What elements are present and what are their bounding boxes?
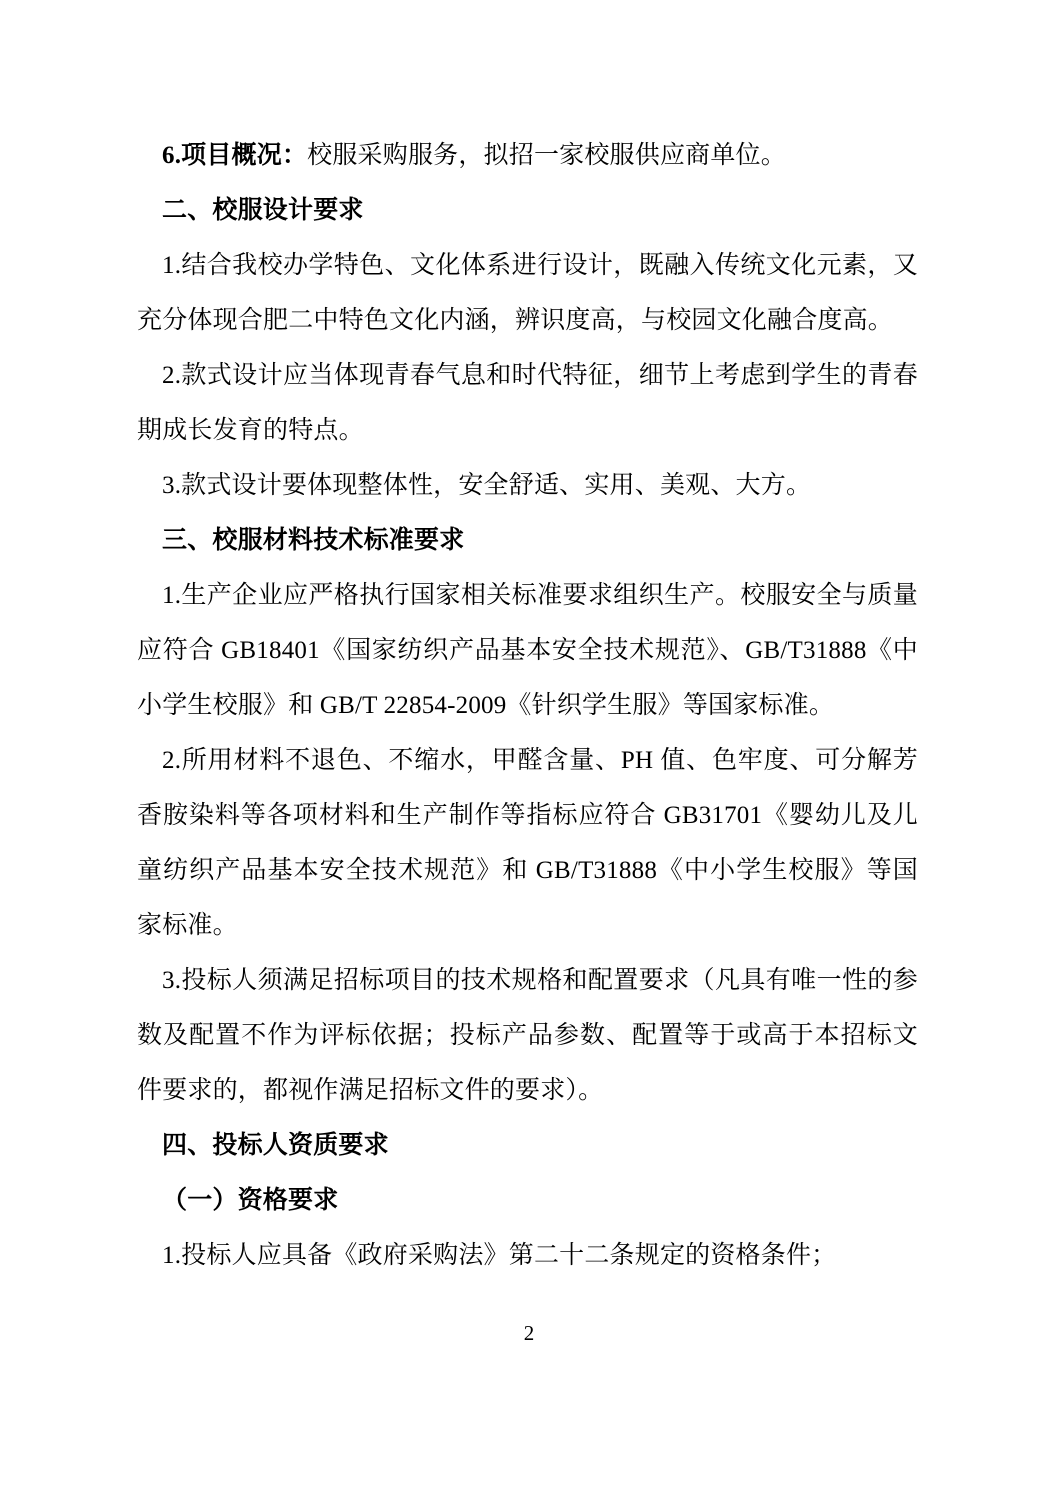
document-body: 6.项目概况：校服采购服务，拟招一家校服供应商单位。二、校服设计要求1.结合我校… xyxy=(137,128,918,1283)
text-run: 三、校服材料技术标准要求 xyxy=(162,527,464,554)
text-run: 6.项目概况： xyxy=(162,142,307,169)
text-run: 二、校服设计要求 xyxy=(162,197,364,224)
paragraph: 2.款式设计应当体现青春气息和时代特征，细节上考虑到学生的青春期成长发育的特点。 xyxy=(137,348,918,458)
text-run: 四、投标人资质要求 xyxy=(162,1132,389,1159)
paragraph: 1.生产企业应严格执行国家相关标准要求组织生产。校服安全与质量应符合 GB184… xyxy=(137,568,918,733)
paragraph: 3.投标人须满足招标项目的技术规格和配置要求（凡具有唯一性的参数及配置不作为评标… xyxy=(137,953,918,1118)
text-run: 1.生产企业应严格执行国家相关标准要求组织生产。校服安全与质量应符合 GB184… xyxy=(137,582,918,719)
section-heading: （一）资格要求 xyxy=(137,1173,918,1228)
text-run: 1.投标人应具备《政府采购法》第二十二条规定的资格条件； xyxy=(162,1242,836,1269)
text-run: 校服采购服务，拟招一家校服供应商单位。 xyxy=(307,142,786,169)
document-page: 6.项目概况：校服采购服务，拟招一家校服供应商单位。二、校服设计要求1.结合我校… xyxy=(0,0,1058,1496)
text-run: （一）资格要求 xyxy=(162,1187,338,1214)
paragraph: 3.款式设计要体现整体性，安全舒适、实用、美观、大方。 xyxy=(137,458,918,513)
paragraph: 2.所用材料不退色、不缩水，甲醛含量、PH 值、色牢度、可分解芳香胺染料等各项材… xyxy=(137,733,918,953)
page-number: 2 xyxy=(0,1318,1058,1348)
section-heading: 四、投标人资质要求 xyxy=(137,1118,918,1173)
section-heading: 二、校服设计要求 xyxy=(137,183,918,238)
text-run: 2.款式设计应当体现青春气息和时代特征，细节上考虑到学生的青春期成长发育的特点。 xyxy=(137,362,918,444)
paragraph: 1.结合我校办学特色、文化体系进行设计，既融入传统文化元素，又充分体现合肥二中特… xyxy=(137,238,918,348)
text-run: 3.款式设计要体现整体性，安全舒适、实用、美观、大方。 xyxy=(162,472,811,499)
paragraph: 6.项目概况：校服采购服务，拟招一家校服供应商单位。 xyxy=(137,128,918,183)
paragraph: 1.投标人应具备《政府采购法》第二十二条规定的资格条件； xyxy=(137,1228,918,1283)
text-run: 2.所用材料不退色、不缩水，甲醛含量、PH 值、色牢度、可分解芳香胺染料等各项材… xyxy=(137,747,918,939)
text-run: 1.结合我校办学特色、文化体系进行设计，既融入传统文化元素，又充分体现合肥二中特… xyxy=(137,252,918,334)
section-heading: 三、校服材料技术标准要求 xyxy=(137,513,918,568)
text-run: 3.投标人须满足招标项目的技术规格和配置要求（凡具有唯一性的参数及配置不作为评标… xyxy=(137,967,918,1104)
